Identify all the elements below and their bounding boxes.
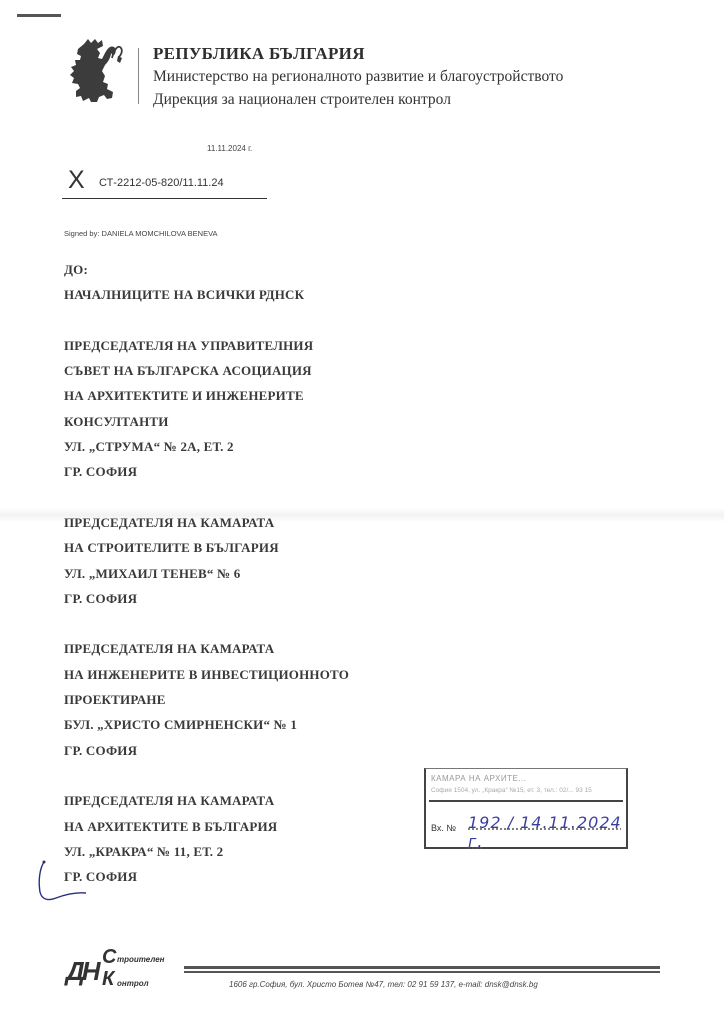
recipient-line: НА ИНЖЕНЕРИТЕ В ИНВЕСТИЦИОННОТО [64, 667, 349, 692]
stamp-organization: КАМАРА НА АРХИТЕ... [431, 774, 526, 783]
recipient-line: ПРОЕКТИРАНЕ [64, 692, 349, 717]
stamp-address: София 1504, ул. „Кракра“ №15, ет. 3, тел… [431, 787, 592, 794]
recipient-line: ПРЕДСЕДАТЕЛЯ НА КАМАРАТА [64, 515, 349, 540]
registration-number: СТ-2212-05-820/11.11.24 [99, 177, 224, 189]
recipient-line: КОНСУЛТАНТИ [64, 414, 349, 439]
recipient-line: ГР. СОФИЯ [64, 464, 349, 489]
registration-field: X СТ-2212-05-820/11.11.24 [62, 168, 267, 199]
signed-by: Signed by: DANIELA MOMCHILOVA BENEVA [64, 229, 218, 238]
document-date: 11.11.2024 г. [207, 144, 252, 153]
ink-bracket-mark [36, 858, 96, 908]
incoming-label: Вх. № [431, 823, 456, 833]
logo-word-construction: троителен [117, 955, 164, 964]
recipient-line: УЛ. „КРАКРА“ № 11, ЕТ. 2 [64, 844, 349, 869]
scan-mark [17, 14, 61, 17]
recipient-line: ПРЕДСЕДАТЕЛЯ НА КАМАРАТА [64, 641, 349, 666]
recipient-line: ПРЕДСЕДАТЕЛЯ НА УПРАВИТЕЛНИЯ [64, 338, 349, 363]
logo-letters-dn: ДН [66, 956, 98, 987]
logo-letter-k: К [102, 968, 114, 991]
recipient-line: НАЧАЛНИЦИТЕ НА ВСИЧКИ РДНСК [64, 287, 349, 312]
recipient-line: НА АРХИТЕКТИТЕ В БЪЛГАРИЯ [64, 819, 349, 844]
lion-coat-of-arms-icon [66, 38, 128, 110]
recipient-line: СЪВЕТ НА БЪЛГАРСКА АСОЦИАЦИЯ [64, 363, 349, 388]
to-label: ДО: [64, 262, 349, 287]
recipient-line: УЛ. „СТРУМА“ № 2А, ЕТ. 2 [64, 439, 349, 464]
country-title: РЕПУБЛИКА БЪЛГАРИЯ [153, 44, 365, 64]
footer-rule [184, 966, 660, 969]
recipients: ДО: НАЧАЛНИЦИТЕ НА ВСИЧКИ РДНСК ПРЕДСЕДА… [64, 262, 349, 894]
recipient-line: БУЛ. „ХРИСТО СМИРНЕНСКИ“ № 1 [64, 717, 349, 742]
incoming-stamp: КАМАРА НА АРХИТЕ... София 1504, ул. „Кра… [424, 768, 628, 849]
logo-word-control: онтрол [117, 979, 149, 988]
recipient-line: ГР. СОФИЯ [64, 869, 349, 894]
footer-address: 1606 гр.София, бул. Христо Ботев №47, те… [229, 980, 538, 989]
recipient-line: ГР. СОФИЯ [64, 743, 349, 768]
footer-rule-thin [184, 971, 660, 973]
directorate-name: Дирекция за национален строителен контро… [153, 91, 451, 109]
recipient-line: ГР. СОФИЯ [64, 591, 349, 616]
signature-mark: X [68, 166, 85, 195]
recipient-line: ПРЕДСЕДАТЕЛЯ НА КАМАРАТА [64, 793, 349, 818]
incoming-number: 192 / 14.11.2024 г. [468, 813, 626, 851]
recipient-line: НА АРХИТЕКТИТЕ И ИНЖЕНЕРИТЕ [64, 388, 349, 413]
header-divider [138, 48, 139, 104]
logo-letter-s: С [102, 946, 116, 969]
recipient-line: УЛ. „МИХАИЛ ТЕНЕВ“ № 6 [64, 566, 349, 591]
stamp-divider [429, 800, 623, 802]
recipient-line: НА СТРОИТЕЛИТЕ В БЪЛГАРИЯ [64, 540, 349, 565]
footer: ДН С К троителен онтрол 1606 гр.София, б… [64, 946, 664, 996]
ministry-name: Министерство на регионалното развитие и … [153, 68, 563, 86]
letterhead: РЕПУБЛИКА БЪЛГАРИЯ Министерство на регио… [66, 38, 626, 118]
